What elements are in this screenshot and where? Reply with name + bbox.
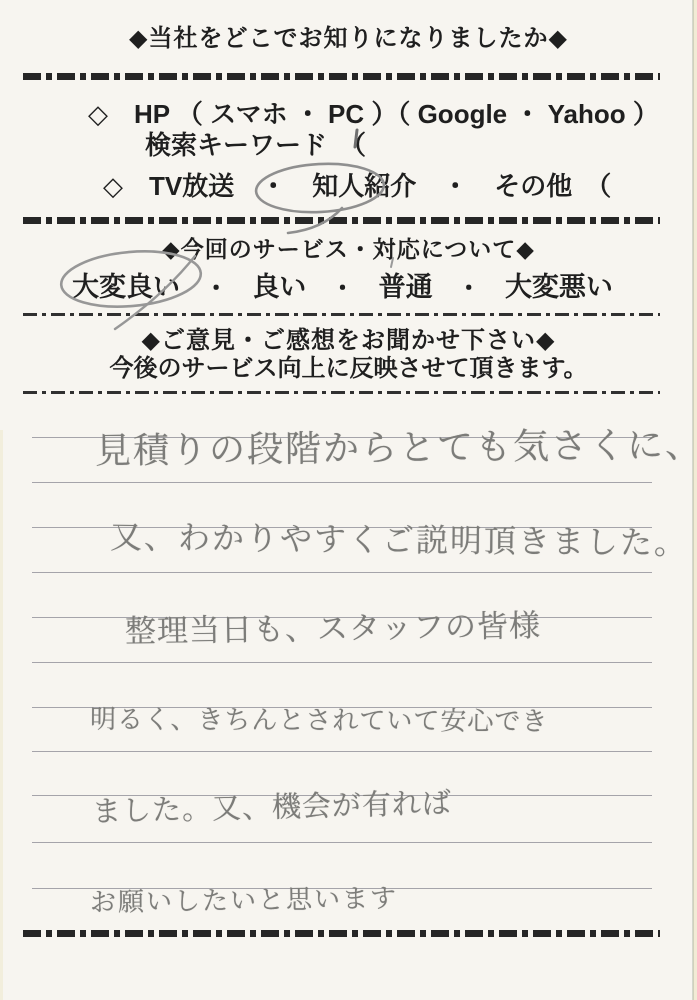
- option-other-suffix: ・ その他 （: [416, 171, 611, 201]
- ruled-line: [32, 751, 652, 752]
- scan-edge-line: [692, 0, 694, 1000]
- divider-dash-dot: [23, 391, 660, 394]
- comments-subtitle: 今後のサービス向上に反映させて頂きます。: [0, 356, 697, 382]
- scan-edge-left: [0, 430, 3, 1000]
- rating-option-very-bad: 大変悪い: [505, 265, 613, 304]
- handwritten-line: ました。又、機会が有れば: [92, 789, 453, 830]
- handwritten-line: 明るく、きちんとされていて安心でき: [90, 705, 549, 736]
- divider-dash-dot: [23, 313, 660, 316]
- ruled-line: [32, 662, 652, 663]
- section-title-source: ◆当社をどこでお知りになりましたか◆: [0, 26, 697, 52]
- option-tv-prefix: ◇ TV放送 ・: [103, 171, 312, 201]
- option-row-search-keyword: 検索キーワード （: [145, 131, 366, 160]
- ruled-line: [32, 842, 652, 843]
- handwritten-line: 又、わかりやすくご説明頂きました。: [110, 520, 688, 561]
- rating-separator: ・: [457, 268, 481, 303]
- option-referral-circled: 知人紹介: [312, 171, 416, 201]
- option-row-tv-referral-other: ◇ TV放送 ・ 知人紹介 ・ その他 （: [103, 172, 611, 201]
- rating-separator: ・: [330, 268, 354, 303]
- rating-separator: ・: [204, 268, 228, 303]
- ruled-line: [32, 482, 652, 483]
- ruled-line: [32, 572, 652, 573]
- divider-dashed: [23, 930, 660, 937]
- divider-dashed: [23, 217, 660, 224]
- handwritten-line: 整理当日も、スタッフの皆様: [125, 609, 541, 649]
- option-row-hp: ◇ HP （ スマホ ・ PC ）（ Google ・ Yahoo ）: [88, 100, 659, 129]
- rating-option-average: 普通: [379, 265, 433, 304]
- divider-dashed: [23, 73, 660, 80]
- rating-option-excellent: 大変良い: [72, 265, 180, 304]
- handwritten-line: お願いしたいと思います: [90, 884, 398, 917]
- rating-options-row: 大変良い ・ 良い ・ 普通 ・ 大変悪い: [72, 265, 613, 304]
- section-title-service: ◆今回のサービス・対応について◆: [0, 237, 697, 262]
- rating-option-good: 良い: [252, 265, 306, 304]
- survey-paper: ◆当社をどこでお知りになりましたか◆ ◇ HP （ スマホ ・ PC ）（ Go…: [0, 0, 697, 1000]
- handwritten-line: 見積りの段階からとても気さくに、: [95, 425, 697, 471]
- section-title-comments: ◆ご意見・ご感想をお聞かせ下さい◆: [0, 328, 697, 354]
